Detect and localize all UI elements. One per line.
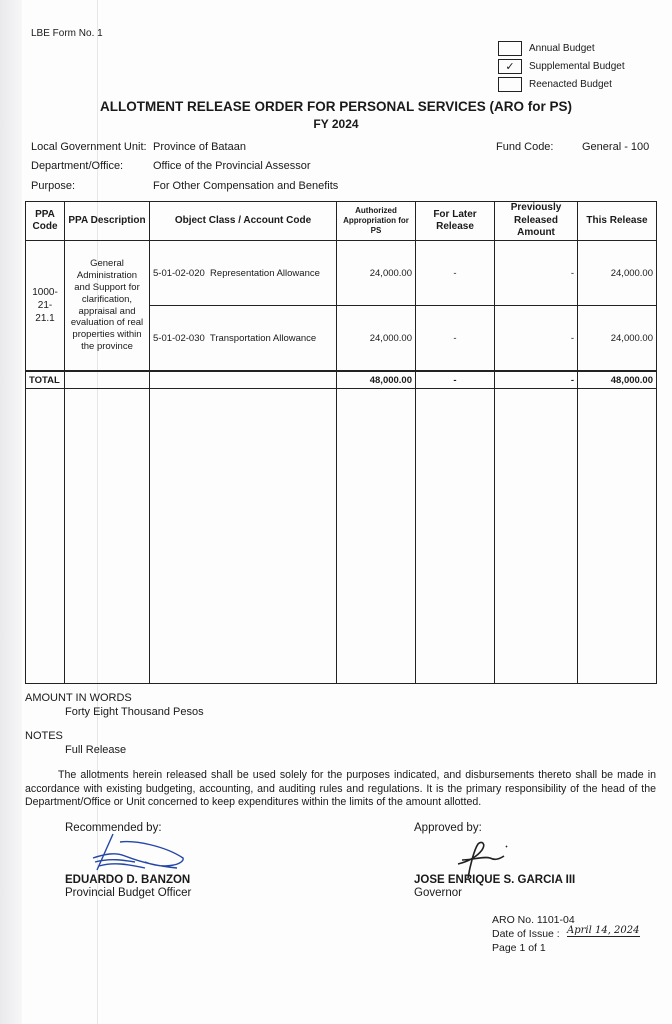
header-ppa-code: PPA Code [26, 202, 65, 241]
document-title: ALLOTMENT RELEASE ORDER FOR PERSONAL SER… [0, 99, 672, 114]
purpose-label: Purpose: [31, 180, 75, 192]
aro-number: ARO No. 1101-04 [492, 914, 575, 926]
amount-in-words: Forty Eight Thousand Pesos [65, 706, 204, 718]
authorized-cell: 24,000.00 [337, 306, 416, 372]
budget-type-reenacted[interactable]: Reenacted Budget [498, 77, 612, 92]
empty-cell [150, 371, 337, 389]
approved-by-label: Approved by: [414, 822, 482, 834]
account-code: 5-01-02-030 [153, 333, 205, 344]
budget-type-label: Reenacted Budget [529, 79, 612, 90]
account-name: Transportation Allowance [210, 333, 316, 344]
total-row: TOTAL 48,000.00 - - 48,000.00 [26, 371, 657, 389]
fund-code-label: Fund Code: [496, 141, 553, 153]
lgu-label: Local Government Unit: [31, 141, 147, 153]
this-release-cell: 24,000.00 [578, 306, 657, 372]
empty-cell [495, 389, 578, 684]
notes-value: Full Release [65, 744, 126, 756]
total-label: TOTAL [26, 371, 65, 389]
account-name: Representation Allowance [210, 268, 320, 279]
total-for-later: - [416, 371, 495, 389]
header-ppa-description: PPA Description [65, 202, 150, 241]
checkmark-icon[interactable]: ✓ [498, 59, 522, 74]
header-previously: Previously Released Amount [495, 202, 578, 241]
budget-type-label: Supplemental Budget [529, 61, 625, 72]
notes-label: NOTES [25, 730, 63, 742]
authorized-cell: 24,000.00 [337, 241, 416, 306]
empty-cell [416, 389, 495, 684]
fund-code-value: General - 100 [582, 141, 649, 153]
account-code: 5-01-02-020 [153, 268, 205, 279]
header-this-release: This Release [578, 202, 657, 241]
approved-by-position: Governor [414, 887, 462, 899]
purpose-value: For Other Compensation and Benefits [153, 180, 338, 192]
department-label: Department/Office: [31, 160, 123, 172]
previously-cell: - [495, 241, 578, 306]
total-previously: - [495, 371, 578, 389]
header-object-class: Object Class / Account Code [150, 202, 337, 241]
empty-cell [65, 389, 150, 684]
blank-row [26, 389, 657, 684]
scan-edge [0, 0, 22, 1024]
table-row: 1000-21-21.1 General Administration and … [26, 241, 657, 306]
approved-by-name: JOSE ENRIQUE S. GARCIA III [414, 874, 575, 886]
budget-type-label: Annual Budget [529, 43, 595, 54]
total-this-release: 48,000.00 [578, 371, 657, 389]
checkbox[interactable] [498, 41, 522, 56]
release-paragraph: The allotments herein released shall be … [25, 769, 656, 810]
total-authorized: 48,000.00 [337, 371, 416, 389]
empty-cell [337, 389, 416, 684]
previously-cell: - [495, 306, 578, 372]
header-for-later: For Later Release [416, 202, 495, 241]
empty-cell [26, 389, 65, 684]
recommended-by-name: EDUARDO D. BANZON [65, 874, 190, 886]
for-later-cell: - [416, 306, 495, 372]
account-cell: 5-01-02-020 Representation Allowance [150, 241, 337, 306]
checkbox[interactable] [498, 77, 522, 92]
table-header-row: PPA Code PPA Description Object Class / … [26, 202, 657, 241]
form-number: LBE Form No. 1 [31, 28, 103, 39]
empty-cell [150, 389, 337, 684]
amount-in-words-label: AMOUNT IN WORDS [25, 692, 132, 704]
budget-type-annual[interactable]: Annual Budget [498, 41, 595, 56]
lgu-value: Province of Bataan [153, 141, 246, 153]
empty-cell [65, 371, 150, 389]
recommended-by-position: Provincial Budget Officer [65, 887, 191, 899]
department-value: Office of the Provincial Assessor [153, 160, 311, 172]
for-later-cell: - [416, 241, 495, 306]
budget-type-supplemental[interactable]: ✓ Supplemental Budget [498, 59, 625, 74]
empty-cell [578, 389, 657, 684]
header-authorized: Authorized Appropriation for PS [337, 202, 416, 241]
ppa-description-cell: General Administration and Support for c… [65, 241, 150, 372]
page-number: Page 1 of 1 [492, 942, 546, 954]
account-cell: 5-01-02-030 Transportation Allowance [150, 306, 337, 372]
ppa-code-cell: 1000-21-21.1 [26, 241, 65, 372]
date-of-issue-label: Date of Issue : [492, 928, 560, 940]
this-release-cell: 24,000.00 [578, 241, 657, 306]
allotment-table: PPA Code PPA Description Object Class / … [25, 201, 657, 684]
signature-banzon-icon [85, 832, 190, 877]
date-of-issue-value: April 14, 2024 [567, 925, 640, 937]
fiscal-year: FY 2024 [0, 117, 672, 131]
